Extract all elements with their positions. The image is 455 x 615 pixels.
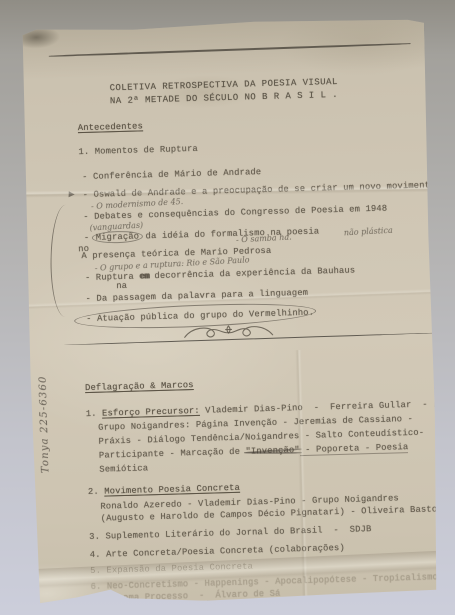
item1-rest: Vlademir Dias-Pino - Ferreira Gullar -: [200, 400, 428, 416]
item1-title: Esforço Precursor:: [102, 406, 200, 419]
flourish-ornament-icon: [178, 321, 279, 344]
migracao-circled-word: Migração: [92, 230, 144, 243]
line-oswald-andrade: - Oswald de Andrade e a preocupação de s…: [83, 180, 436, 200]
handwritten-note-samba: - O samba ha.: [236, 233, 292, 245]
ruptura-pre: - Ruptura: [85, 272, 140, 284]
line-movimento-poesia-concreta: 2. Movimento Poesia Concreta: [88, 483, 240, 497]
handwritten-note-plastica: não plástica: [344, 226, 393, 238]
photo-of-document: COLETIVA RETROSPECTIVA DA POESIA VISUAL …: [0, 0, 455, 615]
pen-margin-arc: [50, 205, 68, 317]
typed-correction-na: na: [116, 281, 127, 291]
line-momentos-de-ruptura: 1. Momentos de Ruptura: [78, 144, 198, 157]
line-arte-concreta: 4. Arte Concreta/Poesia Concreta (colabo…: [90, 543, 345, 560]
paper-crease-vertical: [295, 350, 308, 596]
paper-sheet: COLETIVA RETROSPECTIVA DA POESIA VISUAL …: [20, 16, 440, 605]
line-conferencia-mario-andrade: - Conferência de Mário de Andrade: [82, 167, 261, 182]
item2-title: Movimento Poesia Concreta: [104, 483, 240, 497]
item1-l4-struck-word: "Invenção": [245, 445, 300, 457]
pen-arrow-icon: [69, 191, 75, 197]
line-suplemento-literario: 3. Suplemento Literário do Jornal do Bra…: [89, 524, 371, 542]
item1-number: 1.: [86, 409, 103, 419]
margin-note-phone: Tonya 225-6360: [37, 333, 53, 473]
section-heading-antecedentes: Antecedentes: [78, 121, 143, 133]
migracao-rest: da idéia do formalismo na poesia: [140, 226, 319, 241]
pen-horizontal-line-top: [49, 43, 411, 57]
line-expansao-poesia-concreta: 5. Expansão da Poesia Concreta: [90, 561, 253, 576]
item2-number: 2.: [88, 487, 105, 497]
item1-l4-underlined: - Poporeta - Poesia: [300, 442, 409, 456]
section-heading-deflagracao: Deflagração & Marcos: [85, 380, 194, 393]
ruptura-overtyped-word: em: [139, 271, 149, 281]
item1-l4-pre: Participante - Marcação de: [99, 447, 246, 461]
line-semiotica: Semiótica: [99, 463, 148, 474]
line-atuacao-vermelhinho: - Atuação pública do grupo do Vermelhinh…: [86, 308, 314, 324]
